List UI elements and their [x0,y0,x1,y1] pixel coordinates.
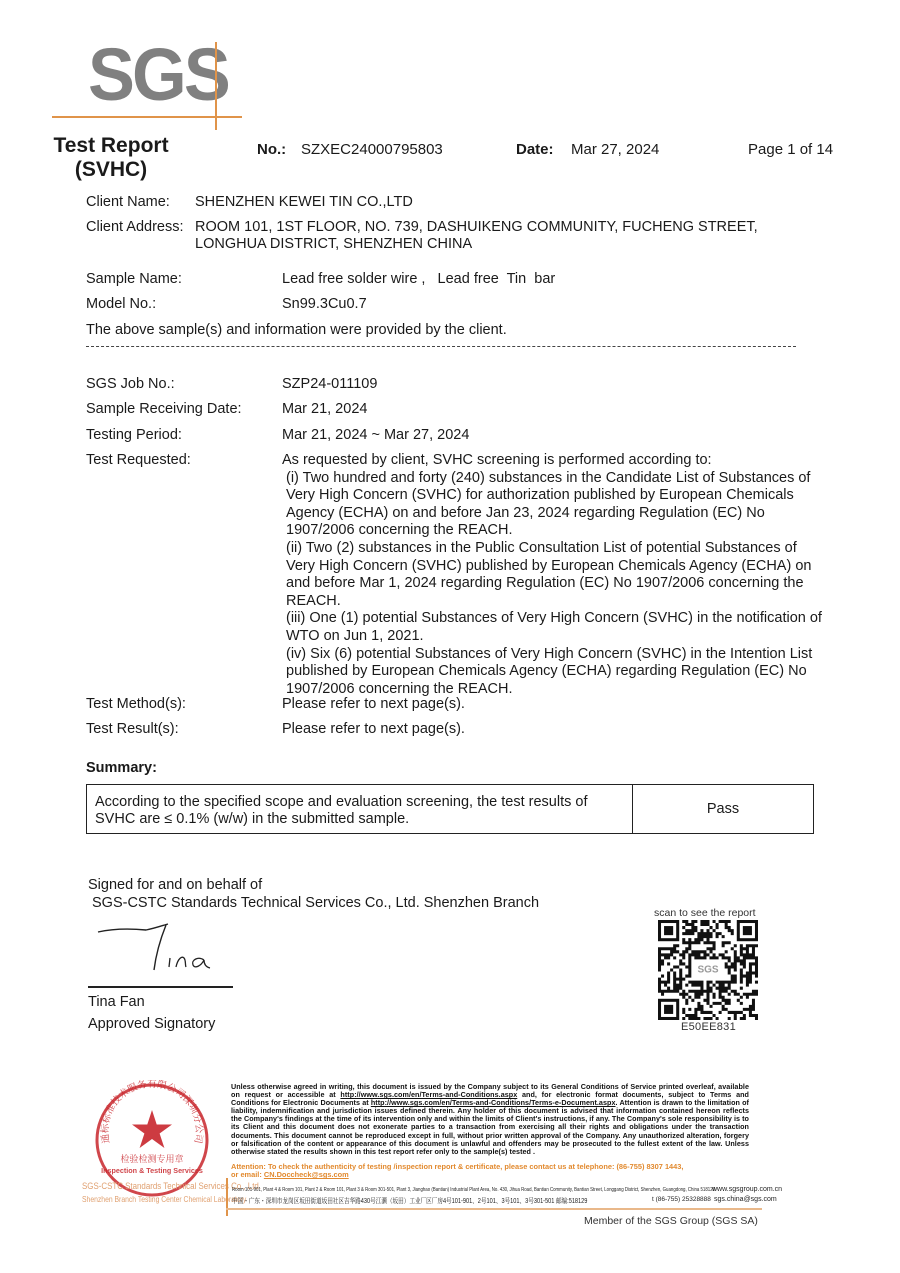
telephone: t (86-755) 25328888 [652,1196,711,1203]
summary-table: According to the specified scope and eva… [86,784,814,834]
client-address-line1: ROOM 101, 1ST FLOOR, NO. 739, DASHUIKENG… [195,219,758,237]
client-address-label: Client Address: [86,219,184,237]
summary-text: According to the specified scope and eva… [87,785,633,833]
authenticity-notice: Attention: To check the authenticity of … [231,1163,751,1180]
client-name-label: Client Name: [86,194,170,212]
qr-verification-code: E50EE831 [681,1021,736,1033]
logo-horizontal-rule [52,116,242,118]
test-method: Please refer to next page(s). [282,696,465,714]
page-indicator: Page 1 of 14 [748,141,833,158]
report-date: Mar 27, 2024 [571,141,659,158]
model-no-label: Model No.: [86,296,156,314]
sample-name-label: Sample Name: [86,271,182,289]
test-requested-item: (iv) Six (6) potential Substances of Ver… [282,646,822,699]
signed-line2: SGS-CSTC Standards Technical Services Co… [88,894,539,912]
report-title: Test Report (SVHC) [52,134,170,182]
job-no: SZP24-011109 [282,376,377,394]
report-date-label: Date: [516,141,554,158]
summary-text-line1: According to the specified scope and eva… [95,794,624,811]
address-english: Room 101-901, Plant 4 & Room 101, Plant … [232,1187,715,1193]
test-method-label: Test Method(s): [86,696,186,714]
signer-name: Tina Fan [88,994,145,1010]
handwritten-signature [96,922,226,977]
test-requested: As requested by client, SVHC screening i… [282,452,822,698]
qr-caption: scan to see the report [654,907,756,919]
disclaimer-text: . Attention is drawn to the limitation o… [231,1098,749,1156]
test-requested-item: (i) Two hundred and forty (240) substanc… [282,470,822,540]
test-requested-label: Test Requested: [86,452,191,470]
receiving-date: Mar 21, 2024 [282,401,367,419]
testing-period-label: Testing Period: [86,427,182,445]
test-result-label: Test Result(s): [86,721,179,739]
signed-line1: Signed for and on behalf of [88,876,539,894]
qr-code-icon[interactable]: SGS [656,920,760,1020]
summary-text-line2: SVHC are ≤ 0.1% (w/w) in the submitted s… [95,811,624,828]
legal-disclaimer: Unless otherwise agreed in writing, this… [231,1083,749,1156]
client-address-line2: LONGHUA DISTRICT, SHENZHEN CHINA [195,236,472,254]
email-link[interactable]: sgs.china@sgs.com [714,1196,777,1203]
member-statement: Member of the SGS Group (SGS SA) [584,1215,758,1227]
signed-on-behalf: Signed for and on behalf of SGS-CSTC Sta… [88,876,539,912]
sgs-logo: SGS [52,20,244,120]
test-requested-item: (iii) One (1) potential Substances of Ve… [282,610,822,645]
logo-vertical-rule [215,42,217,130]
doccheck-email-link[interactable]: CN.Doccheck@sgs.com [264,1170,349,1179]
report-title-line2: (SVHC) [52,158,170,182]
dashed-divider [86,346,796,348]
signer-title: Approved Signatory [88,1016,215,1032]
test-requested-intro: As requested by client, SVHC screening i… [282,452,822,470]
report-number-label: No.: [257,141,286,158]
sample-name: Lead free solder wire , Lead free Tin ba… [282,271,555,289]
summary-heading: Summary: [86,760,157,776]
job-no-label: SGS Job No.: [86,376,175,394]
svg-text:检验检测专用章: 检验检测专用章 [120,1153,183,1165]
model-no: Sn99.3Cu0.7 [282,296,367,314]
sample-note: The above sample(s) and information were… [86,322,507,340]
svg-text:Inspection & Testing Services: Inspection & Testing Services [101,1166,203,1175]
address-chinese: 中国・广东・深圳市龙岗区坂田街道坂田社区吉华路430号江灏（坂田）工业厂区厂房4… [232,1196,587,1206]
authenticity-notice-prefix: or email: [231,1170,264,1179]
test-result: Please refer to next page(s). [282,721,465,739]
signature-line [88,986,233,988]
report-number: SZXEC24000795803 [301,141,443,158]
footer-vertical-rule [226,1178,228,1216]
sgs-logo-text: SGS [88,38,228,112]
website-link[interactable]: www.sgsgroup.com.cn [712,1186,782,1193]
receiving-date-label: Sample Receiving Date: [86,401,242,419]
client-name: SHENZHEN KEWEI TIN CO.,LTD [195,194,413,212]
test-requested-item: (ii) Two (2) substances in the Public Co… [282,540,822,610]
stamp-branch-name: Shenzhen Branch Testing Center Chemical … [82,1195,246,1204]
summary-result: Pass [633,785,813,833]
footer-divider [226,1208,762,1210]
svg-text:SGS: SGS [697,965,718,976]
report-title-line1: Test Report [52,134,170,158]
testing-period: Mar 21, 2024 ~ Mar 27, 2024 [282,427,469,445]
